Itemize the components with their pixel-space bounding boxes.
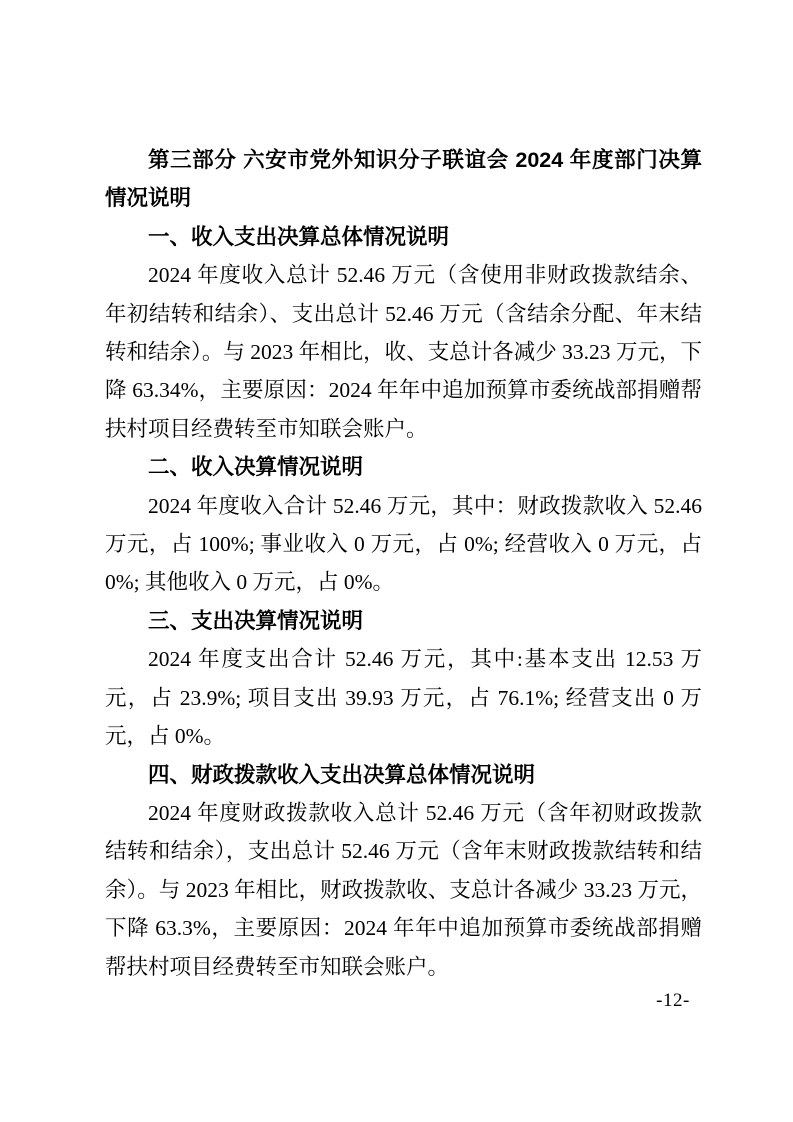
section-paragraph: 2024 年度财政拨款收入总计 52.46 万元（含年初财政拨款结转和结余），支… (105, 794, 702, 986)
section-paragraph: 2024 年度支出合计 52.46 万元，其中:基本支出 12.53 万元，占 … (105, 640, 702, 755)
section-heading: 二、收入决算情况说明 (105, 448, 702, 486)
section-heading: 三、支出决算情况说明 (105, 602, 702, 640)
document-body: 第三部分 六安市党外知识分子联谊会 2024 年度部门决算情况说明 一、收入支出… (105, 141, 702, 986)
document-title: 第三部分 六安市党外知识分子联谊会 2024 年度部门决算情况说明 (105, 141, 702, 218)
section-heading: 四、财政拨款收入支出决算总体情况说明 (105, 756, 702, 794)
section-income-expenditure-overview: 一、收入支出决算总体情况说明 2024 年度收入总计 52.46 万元（含使用非… (105, 218, 702, 448)
page-number: -12- (648, 988, 698, 1014)
document-page: 第三部分 六安市党外知识分子联谊会 2024 年度部门决算情况说明 一、收入支出… (0, 0, 793, 1122)
section-paragraph: 2024 年度收入合计 52.46 万元，其中：财政拨款收入 52.46 万元，… (105, 487, 702, 602)
section-income-details: 二、收入决算情况说明 2024 年度收入合计 52.46 万元，其中：财政拨款收… (105, 448, 702, 602)
section-fiscal-appropriation-overview: 四、财政拨款收入支出决算总体情况说明 2024 年度财政拨款收入总计 52.46… (105, 756, 702, 986)
section-paragraph: 2024 年度收入总计 52.46 万元（含使用非财政拨款结余、年初结转和结余）… (105, 256, 702, 448)
section-expenditure-details: 三、支出决算情况说明 2024 年度支出合计 52.46 万元，其中:基本支出 … (105, 602, 702, 756)
section-heading: 一、收入支出决算总体情况说明 (105, 218, 702, 256)
